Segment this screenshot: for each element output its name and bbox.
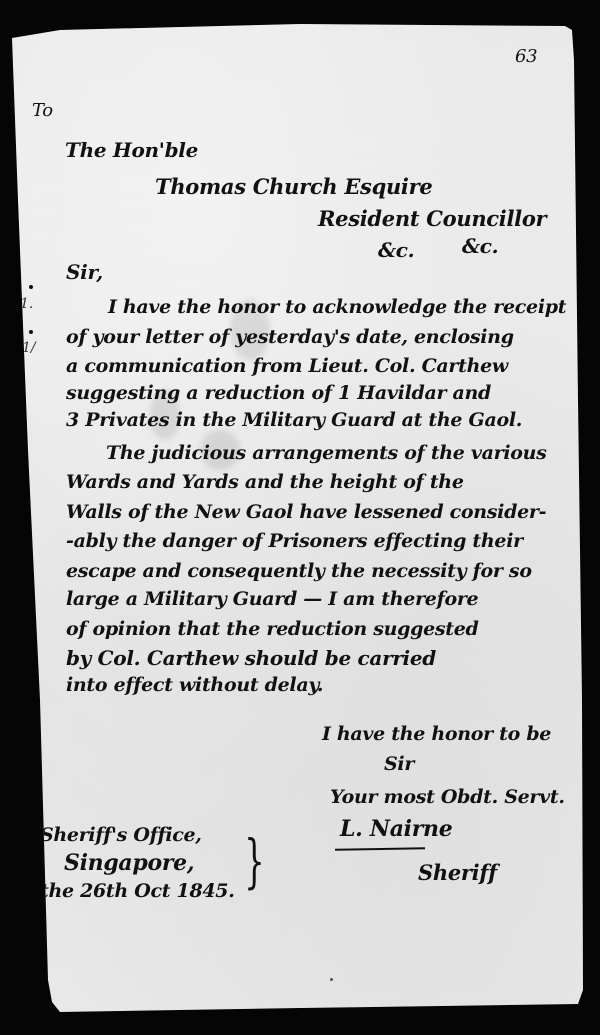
closing-sir: Sir bbox=[384, 755, 414, 774]
addressee-etc-left: &c. bbox=[378, 240, 414, 260]
body-line: suggesting a reduction of 1 Havildar and bbox=[66, 384, 491, 403]
greeting: Sir, bbox=[66, 262, 103, 282]
closing-servant: Your most Obdt. Servt. bbox=[330, 788, 565, 807]
dateline-office: Sheriff's Office, bbox=[40, 826, 202, 845]
salutation-to: To bbox=[32, 102, 53, 120]
margin-mark: 1/ bbox=[22, 340, 36, 356]
body-line: -ably the danger of Prisoners effecting … bbox=[66, 532, 523, 551]
margin-dot bbox=[29, 285, 33, 289]
body-line: escape and consequently the necessity fo… bbox=[66, 562, 532, 581]
closing-line: I have the honor to be bbox=[322, 725, 551, 744]
body-line: I have the honor to acknowledge the rece… bbox=[108, 298, 566, 317]
margin-mark: 1. bbox=[20, 296, 33, 312]
body-line: of opinion that the reduction suggested bbox=[66, 620, 479, 639]
addressee-honorific: The Hon'ble bbox=[65, 140, 198, 160]
body-line: a communication from Lieut. Col. Carthew bbox=[66, 357, 508, 376]
paper-speck bbox=[330, 978, 333, 981]
body-line: Walls of the New Gaol have lessened cons… bbox=[66, 503, 546, 522]
addressee-name: Thomas Church Esquire bbox=[155, 176, 432, 197]
body-line: of your letter of yesterday's date, encl… bbox=[66, 328, 514, 347]
letter-page: 63 To The Hon'ble Thomas Church Esquire … bbox=[0, 0, 600, 1035]
brace-mark: } bbox=[244, 832, 264, 890]
signatory-title: Sheriff bbox=[418, 862, 497, 883]
body-line: into effect without delay. bbox=[66, 676, 323, 695]
body-line: Wards and Yards and the height of the bbox=[66, 473, 464, 492]
body-line: The judicious arrangements of the variou… bbox=[106, 444, 547, 463]
body-line: 3 Privates in the Military Guard at the … bbox=[66, 411, 522, 430]
page-number: 63 bbox=[515, 48, 537, 66]
body-line: large a Military Guard — I am therefore bbox=[66, 590, 478, 609]
margin-dot bbox=[29, 330, 33, 334]
addressee-etc-right: &c. bbox=[462, 236, 498, 256]
addressee-title: Resident Councillor bbox=[318, 208, 546, 229]
body-line: by Col. Carthew should be carried bbox=[66, 648, 436, 668]
signature: L. Nairne bbox=[340, 818, 452, 840]
dateline-place: Singapore, bbox=[64, 852, 194, 874]
dateline-date: the 26th Oct 1845. bbox=[40, 882, 235, 901]
scan-viewport: 63 To The Hon'ble Thomas Church Esquire … bbox=[0, 0, 600, 1035]
